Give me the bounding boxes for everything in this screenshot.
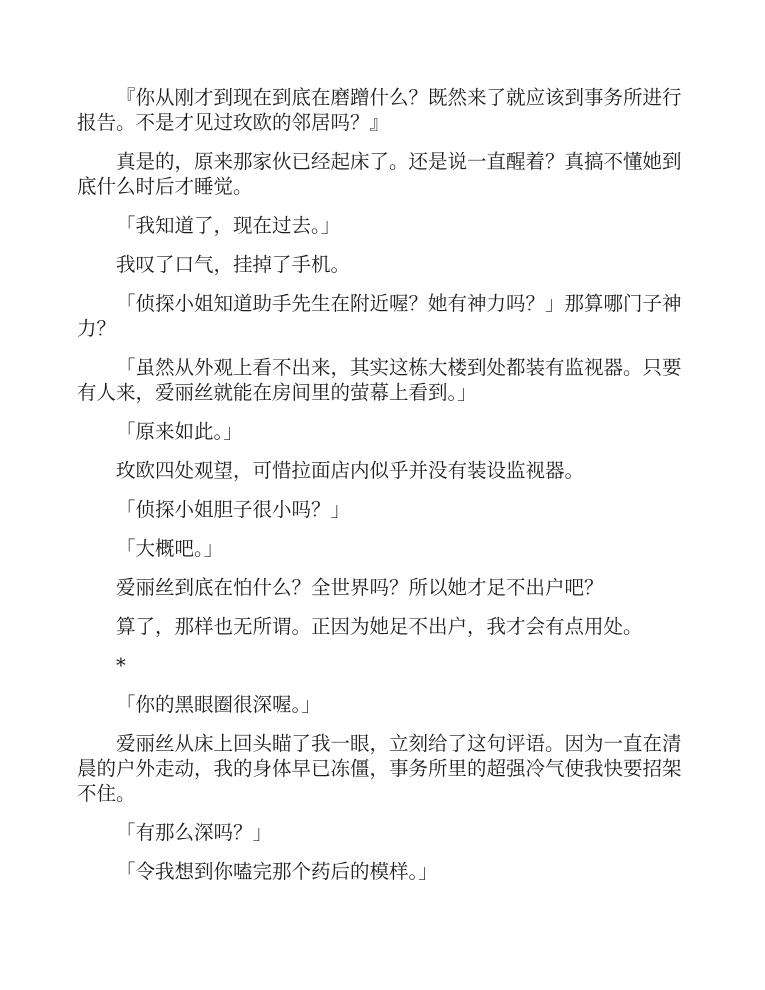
paragraph: 「虽然从外观上看不出来，其实这栋大楼到处都装有监视器。只要有人来，爱丽丝就能在房…	[77, 355, 687, 405]
paragraph: 「侦探小姐胆子很小吗？」	[77, 497, 687, 522]
paragraph: 「令我想到你嗑完那个药后的模样。」	[77, 859, 687, 884]
scene-break-asterisk: *	[77, 653, 687, 678]
paragraph: 「我知道了，现在过去。」	[77, 213, 687, 238]
paragraph: 「你的黑眼圈很深喔。」	[77, 692, 687, 717]
paragraph: 『你从刚才到现在到底在磨蹭什么？既然来了就应该到事务所进行报告。不是才见过玫欧的…	[77, 85, 687, 135]
paragraph: 玫欧四处观望，可惜拉面店内似乎并没有装设监视器。	[77, 458, 687, 483]
paragraph: 爱丽丝到底在怕什么？全世界吗？所以她才足不出户吧？	[77, 575, 687, 600]
paragraph: 我叹了口气，挂掉了手机。	[77, 252, 687, 277]
paragraph: 爱丽丝从床上回头瞄了我一眼，立刻给了这句评语。因为一直在清晨的户外走动，我的身体…	[77, 731, 687, 806]
paragraph: 「有那么深吗？」	[77, 820, 687, 845]
paragraph: 「原来如此。」	[77, 419, 687, 444]
paragraph: 真是的，原来那家伙已经起床了。还是说一直醒着？真搞不懂她到底什么时后才睡觉。	[77, 149, 687, 199]
paragraph: 算了，那样也无所谓。正因为她足不出户，我才会有点用处。	[77, 614, 687, 639]
paragraph: 「大概吧。」	[77, 536, 687, 561]
reader-viewport: 『你从刚才到现在到底在磨蹭什么？既然来了就应该到事务所进行报告。不是才见过玫欧的…	[0, 0, 765, 990]
novel-page: 『你从刚才到现在到底在磨蹭什么？既然来了就应该到事务所进行报告。不是才见过玫欧的…	[0, 0, 765, 990]
paragraph: 「侦探小姐知道助手先生在附近喔？她有神力吗？」那算哪门子神力？	[77, 291, 687, 341]
